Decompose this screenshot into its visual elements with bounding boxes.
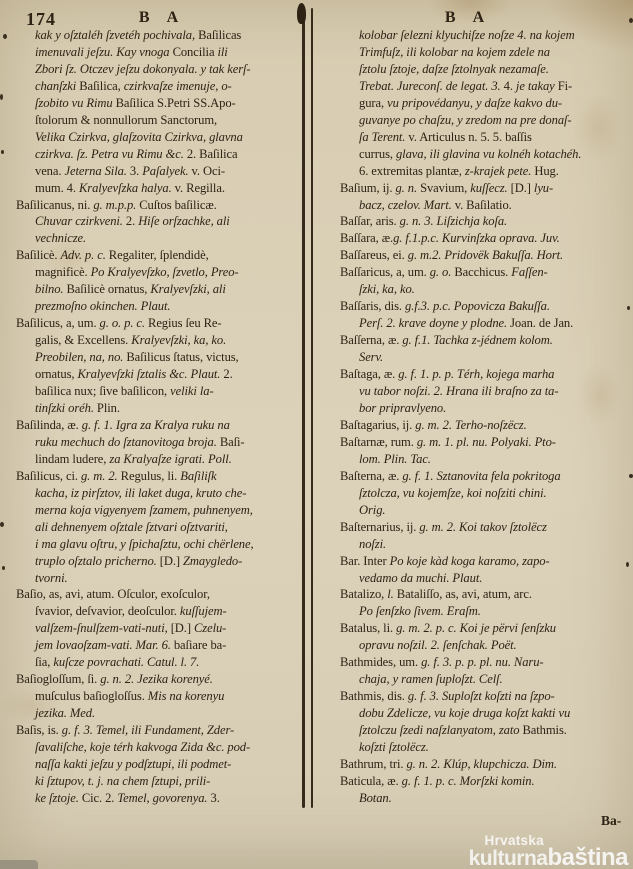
text-line: gura, vu pripovédanyu, y daſze kakvo du- bbox=[340, 95, 632, 112]
dictionary-entry: Baſſaris, dis. g.f.3. p.c. Popovicza Bak… bbox=[340, 298, 632, 332]
paper-speck bbox=[629, 474, 633, 478]
dictionary-entry: Batalus, li. g. m. 2. p. c. Koi je përvi… bbox=[340, 620, 632, 654]
text-line: Zbori ſz. Otczev jeſzu dokonyala. y tak … bbox=[16, 61, 304, 78]
text-line: Baſilicanus, ni. g. m.p.p. Cuſtos baſili… bbox=[16, 197, 304, 214]
text-line: magnificè. Po Kralyevſzko, ſzvetlo, Preo… bbox=[16, 264, 304, 281]
watermark-word-bastina: baština bbox=[547, 844, 628, 869]
text-line: Baſterna, æ. g. f. 1. Sztanovita fela po… bbox=[340, 468, 632, 485]
text-line: Baſilicus, ci. g. m. 2. Regulus, li. Baſ… bbox=[16, 468, 304, 485]
text-line: truplo oſztalo pricherno. [D.] Zmaygledo… bbox=[16, 553, 304, 570]
text-line: czirkva. ſz. Petra vu Rimu &c. 2. Baſili… bbox=[16, 146, 304, 163]
text-line: noſzi. bbox=[340, 536, 632, 553]
continued-entry: kak y oſztaléh ſzvetéh pochivala, Baſili… bbox=[16, 27, 304, 197]
watermark-line2: kulturnabaština bbox=[410, 846, 628, 869]
text-line: 6. extremitas plantæ, z-krajek pete. Hug… bbox=[340, 163, 632, 180]
text-line: ſa Terent. v. Articulus n. 5. 5. baſſis bbox=[340, 129, 632, 146]
text-line: ruku mechuch do ſztanovitoga broja. Baſi… bbox=[16, 434, 304, 451]
text-line: vechnicze. bbox=[16, 230, 304, 247]
text-line: jezika. Med. bbox=[16, 705, 304, 722]
dictionary-entry: Bar. Inter Po koje kàd koga karamo, zapo… bbox=[340, 553, 632, 587]
dictionary-entry: Baſſareus, ei. g. m.2. Pridovëk Bakuſſa.… bbox=[340, 247, 632, 264]
scanned-dictionary-page: 174 B A B A kak y oſztaléh ſzvetéh pochi… bbox=[0, 0, 633, 869]
text-line: Baſilicè. Adv. p. c. Regaliter, ſplendid… bbox=[16, 247, 304, 264]
text-line: Velika Czirkva, glaſzovita Czirkva, glav… bbox=[16, 129, 304, 146]
text-line: Bathmis, dis. g. f. 3. Suploſzt koſzti n… bbox=[340, 688, 632, 705]
text-line: Baſilinda, æ. g. f. 1. Igra za Kralya ru… bbox=[16, 417, 304, 434]
text-line: kolobar ſelezni klyuchiſze noſze 4. na k… bbox=[340, 27, 632, 44]
text-line: jem lovaoſzam-vati. Mar. 6. baſiare ba- bbox=[16, 637, 304, 654]
text-line: bilno. Baſilicè ornatus, Kralyevſzki, al… bbox=[16, 281, 304, 298]
text-line: Botan. bbox=[340, 790, 632, 807]
text-line: Po ſenſzko ſivem. Eraſm. bbox=[340, 603, 632, 620]
text-line: currus, glava, ili glavina vu kolnéh kot… bbox=[340, 146, 632, 163]
text-line: bacz, czelov. Mart. v. Baſilatio. bbox=[340, 197, 632, 214]
text-line: ſtolorum & nonnullorum Sanctorum, bbox=[16, 112, 304, 129]
text-line: Baſſaricus, a, um. g. o. Bacchicus. Faſſ… bbox=[340, 264, 632, 281]
text-line: Baticula, æ. g. f. 1. p. c. Morſzki komi… bbox=[340, 773, 632, 790]
text-column-right: kolobar ſelezni klyuchiſze noſze 4. na k… bbox=[340, 27, 632, 807]
text-line: chaja, y ramen ſuploſzt. Celſ. bbox=[340, 671, 632, 688]
dictionary-entry: Baſterna, æ. g. f. 1. Sztanovita fela po… bbox=[340, 468, 632, 519]
continued-entry: kolobar ſelezni klyuchiſze noſze 4. na k… bbox=[340, 27, 632, 180]
dictionary-entry: Bathmis, dis. g. f. 3. Suploſzt koſzti n… bbox=[340, 688, 632, 756]
text-line: Baſſaris, dis. g.f.3. p.c. Popovicza Bak… bbox=[340, 298, 632, 315]
text-line: merna koja vigyenyem ſzamem, puhnenyem, bbox=[16, 502, 304, 519]
dictionary-entry: Baſilicus, ci. g. m. 2. Regulus, li. Baſ… bbox=[16, 468, 304, 587]
text-line: vena. Jeterna Sila. 3. Paſalyek. v. Oci- bbox=[16, 163, 304, 180]
text-line: ki ſztupov, t. j. na chem ſztupi, prili- bbox=[16, 773, 304, 790]
text-line: Perſ. 2. krave doyne y plodne. Joan. de … bbox=[340, 315, 632, 332]
text-line: ſztolczu ſzedi naſzlanyatom, zato Bathmi… bbox=[340, 722, 632, 739]
dictionary-entry: Baſtarnæ, rum. g. m. 1. pl. nu. Polyaki.… bbox=[340, 434, 632, 468]
paper-speck bbox=[1, 150, 4, 154]
text-line: koſzti ſztolëcz. bbox=[340, 739, 632, 756]
dictionary-entry: Baſſar, aris. g. n. 3. Liſzichja koſa. bbox=[340, 213, 632, 230]
dictionary-entry: Baſiogloſſum, ſi. g. n. 2. Jezika koreny… bbox=[16, 671, 304, 722]
text-line: vu tabor noſzi. 2. Hrana ili braſno za t… bbox=[340, 383, 632, 400]
paper-speck bbox=[0, 94, 3, 100]
text-line: ſia, kuſcze povrachati. Catul. l. 7. bbox=[16, 654, 304, 671]
text-line: Batalus, li. g. m. 2. p. c. Koi je përvi… bbox=[340, 620, 632, 637]
dictionary-entry: Bathrum, tri. g. n. 2. Klúp, klupchicza.… bbox=[340, 756, 632, 773]
text-line: Baſſerna, æ. g. f.1. Tachka z-jédnem kol… bbox=[340, 332, 632, 349]
text-line: ke ſztoje. Cic. 2. Temel, govorenya. 3. bbox=[16, 790, 304, 807]
text-line: bor pripravlyeno. bbox=[340, 400, 632, 417]
dictionary-entry: Baſſara, æ.g. f.1.p.c. Kurvinſzka oprava… bbox=[340, 230, 632, 247]
paper-speck bbox=[0, 522, 4, 527]
text-line: valſzem-ſnulſzem-vati-nuti, [D.] Czelu- bbox=[16, 620, 304, 637]
text-line: Preobilen, na, no. Baſilicus ſtatus, vic… bbox=[16, 349, 304, 366]
text-line: imenuvali jeſzu. Kay vnoga Concilia ili bbox=[16, 44, 304, 61]
dictionary-entry: Baſilinda, æ. g. f. 1. Igra za Kralya ru… bbox=[16, 417, 304, 468]
text-line: Serv. bbox=[340, 349, 632, 366]
text-line: Chuvar czirkveni. 2. Hiſe orſzachke, ali bbox=[16, 213, 304, 230]
running-header-left: B A bbox=[122, 9, 202, 27]
text-line: Bathrum, tri. g. n. 2. Klúp, klupchicza.… bbox=[340, 756, 632, 773]
dictionary-entry: Baſis, is. g. f. 3. Temel, ili Fundament… bbox=[16, 722, 304, 807]
text-line: Baſiogloſſum, ſi. g. n. 2. Jezika koreny… bbox=[16, 671, 304, 688]
text-line: Baſtaga, æ. g. f. 1. p. p. Térh, kojega … bbox=[340, 366, 632, 383]
dictionary-entry: Baſio, as, avi, atum. Oſculor, exoſculor… bbox=[16, 586, 304, 671]
text-line: Baſium, ij. g. n. Svavium, kuſſecz. [D.]… bbox=[340, 180, 632, 197]
text-line: tinſzki oréh. Plin. bbox=[16, 400, 304, 417]
text-line: lindam ludere, za Kralyaſze igrati. Poll… bbox=[16, 451, 304, 468]
dictionary-entry: Baſilicus, a, um. g. o. p. c. Regius ſeu… bbox=[16, 315, 304, 417]
text-line: Bar. Inter Po koje kàd koga karamo, zapo… bbox=[340, 553, 632, 570]
text-line: lom. Plin. Tac. bbox=[340, 451, 632, 468]
text-line: baſilica nux; ſive baſilicon, veliki la- bbox=[16, 383, 304, 400]
text-line: naſſa kakti jeſzu y podſztupi, ili podme… bbox=[16, 756, 304, 773]
column-divider-rule bbox=[302, 8, 305, 808]
dictionary-entry: Baſſerna, æ. g. f.1. Tachka z-jédnem kol… bbox=[340, 332, 632, 366]
text-line: mum. 4. Kralyevſzka halya. v. Regilla. bbox=[16, 180, 304, 197]
dictionary-entry: Bathmides, um. g. f. 3. p. p. pl. nu. Na… bbox=[340, 654, 632, 688]
text-line: Baſis, is. g. f. 3. Temel, ili Fundament… bbox=[16, 722, 304, 739]
text-line: Baſilicus, a, um. g. o. p. c. Regius ſeu… bbox=[16, 315, 304, 332]
catchword: Ba- bbox=[601, 813, 621, 829]
text-line: Baſtagarius, ij. g. m. 2. Terho-noſzëcz. bbox=[340, 417, 632, 434]
text-line: Bathmides, um. g. f. 3. p. p. pl. nu. Na… bbox=[340, 654, 632, 671]
text-line: ſavaliſche, koje térh kakvoga Zida &c. p… bbox=[16, 739, 304, 756]
running-header-right: B A bbox=[428, 9, 508, 27]
dictionary-entry: Baſilicanus, ni. g. m.p.p. Cuſtos baſili… bbox=[16, 197, 304, 248]
paper-speck bbox=[627, 306, 630, 310]
text-line: kacha, iz pirſztov, ili laket duga, krut… bbox=[16, 485, 304, 502]
paper-speck bbox=[629, 18, 633, 23]
dictionary-entry: Baſium, ij. g. n. Svavium, kuſſecz. [D.]… bbox=[340, 180, 632, 214]
dictionary-entry: Baſternarius, ij. g. m. 2. Koi takov ſzt… bbox=[340, 519, 632, 553]
dictionary-entry: Baticula, æ. g. f. 1. p. c. Morſzki komi… bbox=[340, 773, 632, 807]
text-line: Baſſar, aris. g. n. 3. Liſzichja koſa. bbox=[340, 213, 632, 230]
watermark: Hrvatska kulturnabaština bbox=[410, 834, 630, 869]
text-line: dobu Zdelicze, vu koje druga koſzt kakti… bbox=[340, 705, 632, 722]
text-line: Trebat. Jureconſ. de legat. 3. 4. je tak… bbox=[340, 78, 632, 95]
text-line: ſztolcza, vu kojemſze, koi noſziti chini… bbox=[340, 485, 632, 502]
text-line: ſztolu ſztoje, daſze ſztolnyak nezamaſe. bbox=[340, 61, 632, 78]
paper-speck bbox=[2, 566, 5, 570]
text-line: Orig. bbox=[340, 502, 632, 519]
dictionary-entry: Batalizo, l. Bataliſſo, as, avi, atum, a… bbox=[340, 586, 632, 620]
paper-speck bbox=[3, 34, 7, 39]
text-line: Baſio, as, avi, atum. Oſculor, exoſculor… bbox=[16, 586, 304, 603]
text-line: opravu noſzil. 2. ſenſchak. Poët. bbox=[340, 637, 632, 654]
text-line: chanſzki Baſilica, czirkvaſze imenuje, o… bbox=[16, 78, 304, 95]
text-line: prezmoſno okinchen. Plaut. bbox=[16, 298, 304, 315]
scan-edge-corner bbox=[0, 860, 38, 869]
text-line: guvanye po chaſzu, y zredom na pre donaſ… bbox=[340, 112, 632, 129]
text-line: vedamo da muchi. Plaut. bbox=[340, 570, 632, 587]
text-line: ſzki, ka, ko. bbox=[340, 281, 632, 298]
watermark-word-kulturna: kulturna bbox=[469, 847, 548, 869]
text-line: Baſternarius, ij. g. m. 2. Koi takov ſzt… bbox=[340, 519, 632, 536]
text-line: Baſſareus, ei. g. m.2. Pridovëk Bakuſſa.… bbox=[340, 247, 632, 264]
text-line: ornatus, Kralyevſzki ſztalis &c. Plaut. … bbox=[16, 366, 304, 383]
text-column-left: kak y oſztaléh ſzvetéh pochivala, Baſili… bbox=[16, 27, 304, 807]
text-line: Baſtarnæ, rum. g. m. 1. pl. nu. Polyaki.… bbox=[340, 434, 632, 451]
paper-speck bbox=[626, 562, 629, 567]
text-line: Batalizo, l. Bataliſſo, as, avi, atum, a… bbox=[340, 586, 632, 603]
column-divider-rule bbox=[311, 8, 314, 808]
text-line: ſvavior, deſvavior, deoſculor. kuſſujem- bbox=[16, 603, 304, 620]
ink-blot bbox=[297, 3, 306, 24]
text-line: kak y oſztaléh ſzvetéh pochivala, Baſili… bbox=[16, 27, 304, 44]
text-line: galis, & Excellens. Kralyevſzki, ka, ko. bbox=[16, 332, 304, 349]
dictionary-entry: Baſtaga, æ. g. f. 1. p. p. Térh, kojega … bbox=[340, 366, 632, 417]
text-line: Trimfuſz, ili kolobar na kojem zdele na bbox=[340, 44, 632, 61]
dictionary-entry: Baſſaricus, a, um. g. o. Bacchicus. Faſſ… bbox=[340, 264, 632, 298]
dictionary-entry: Baſtagarius, ij. g. m. 2. Terho-noſzëcz. bbox=[340, 417, 632, 434]
text-line: tvorni. bbox=[16, 570, 304, 587]
dictionary-entry: Baſilicè. Adv. p. c. Regaliter, ſplendid… bbox=[16, 247, 304, 315]
text-line: ſzobito vu Rimu Baſilica S.Petri SS.Apo- bbox=[16, 95, 304, 112]
text-line: muſculus baſiogloſſus. Mis na korenyu bbox=[16, 688, 304, 705]
text-line: ali dehnenyem oſztale ſztvari oſztvariti… bbox=[16, 519, 304, 536]
text-line: Baſſara, æ.g. f.1.p.c. Kurvinſzka oprava… bbox=[340, 230, 632, 247]
text-line: i ma glavu oſtru, y ſpichaſztu, ochi chë… bbox=[16, 536, 304, 553]
